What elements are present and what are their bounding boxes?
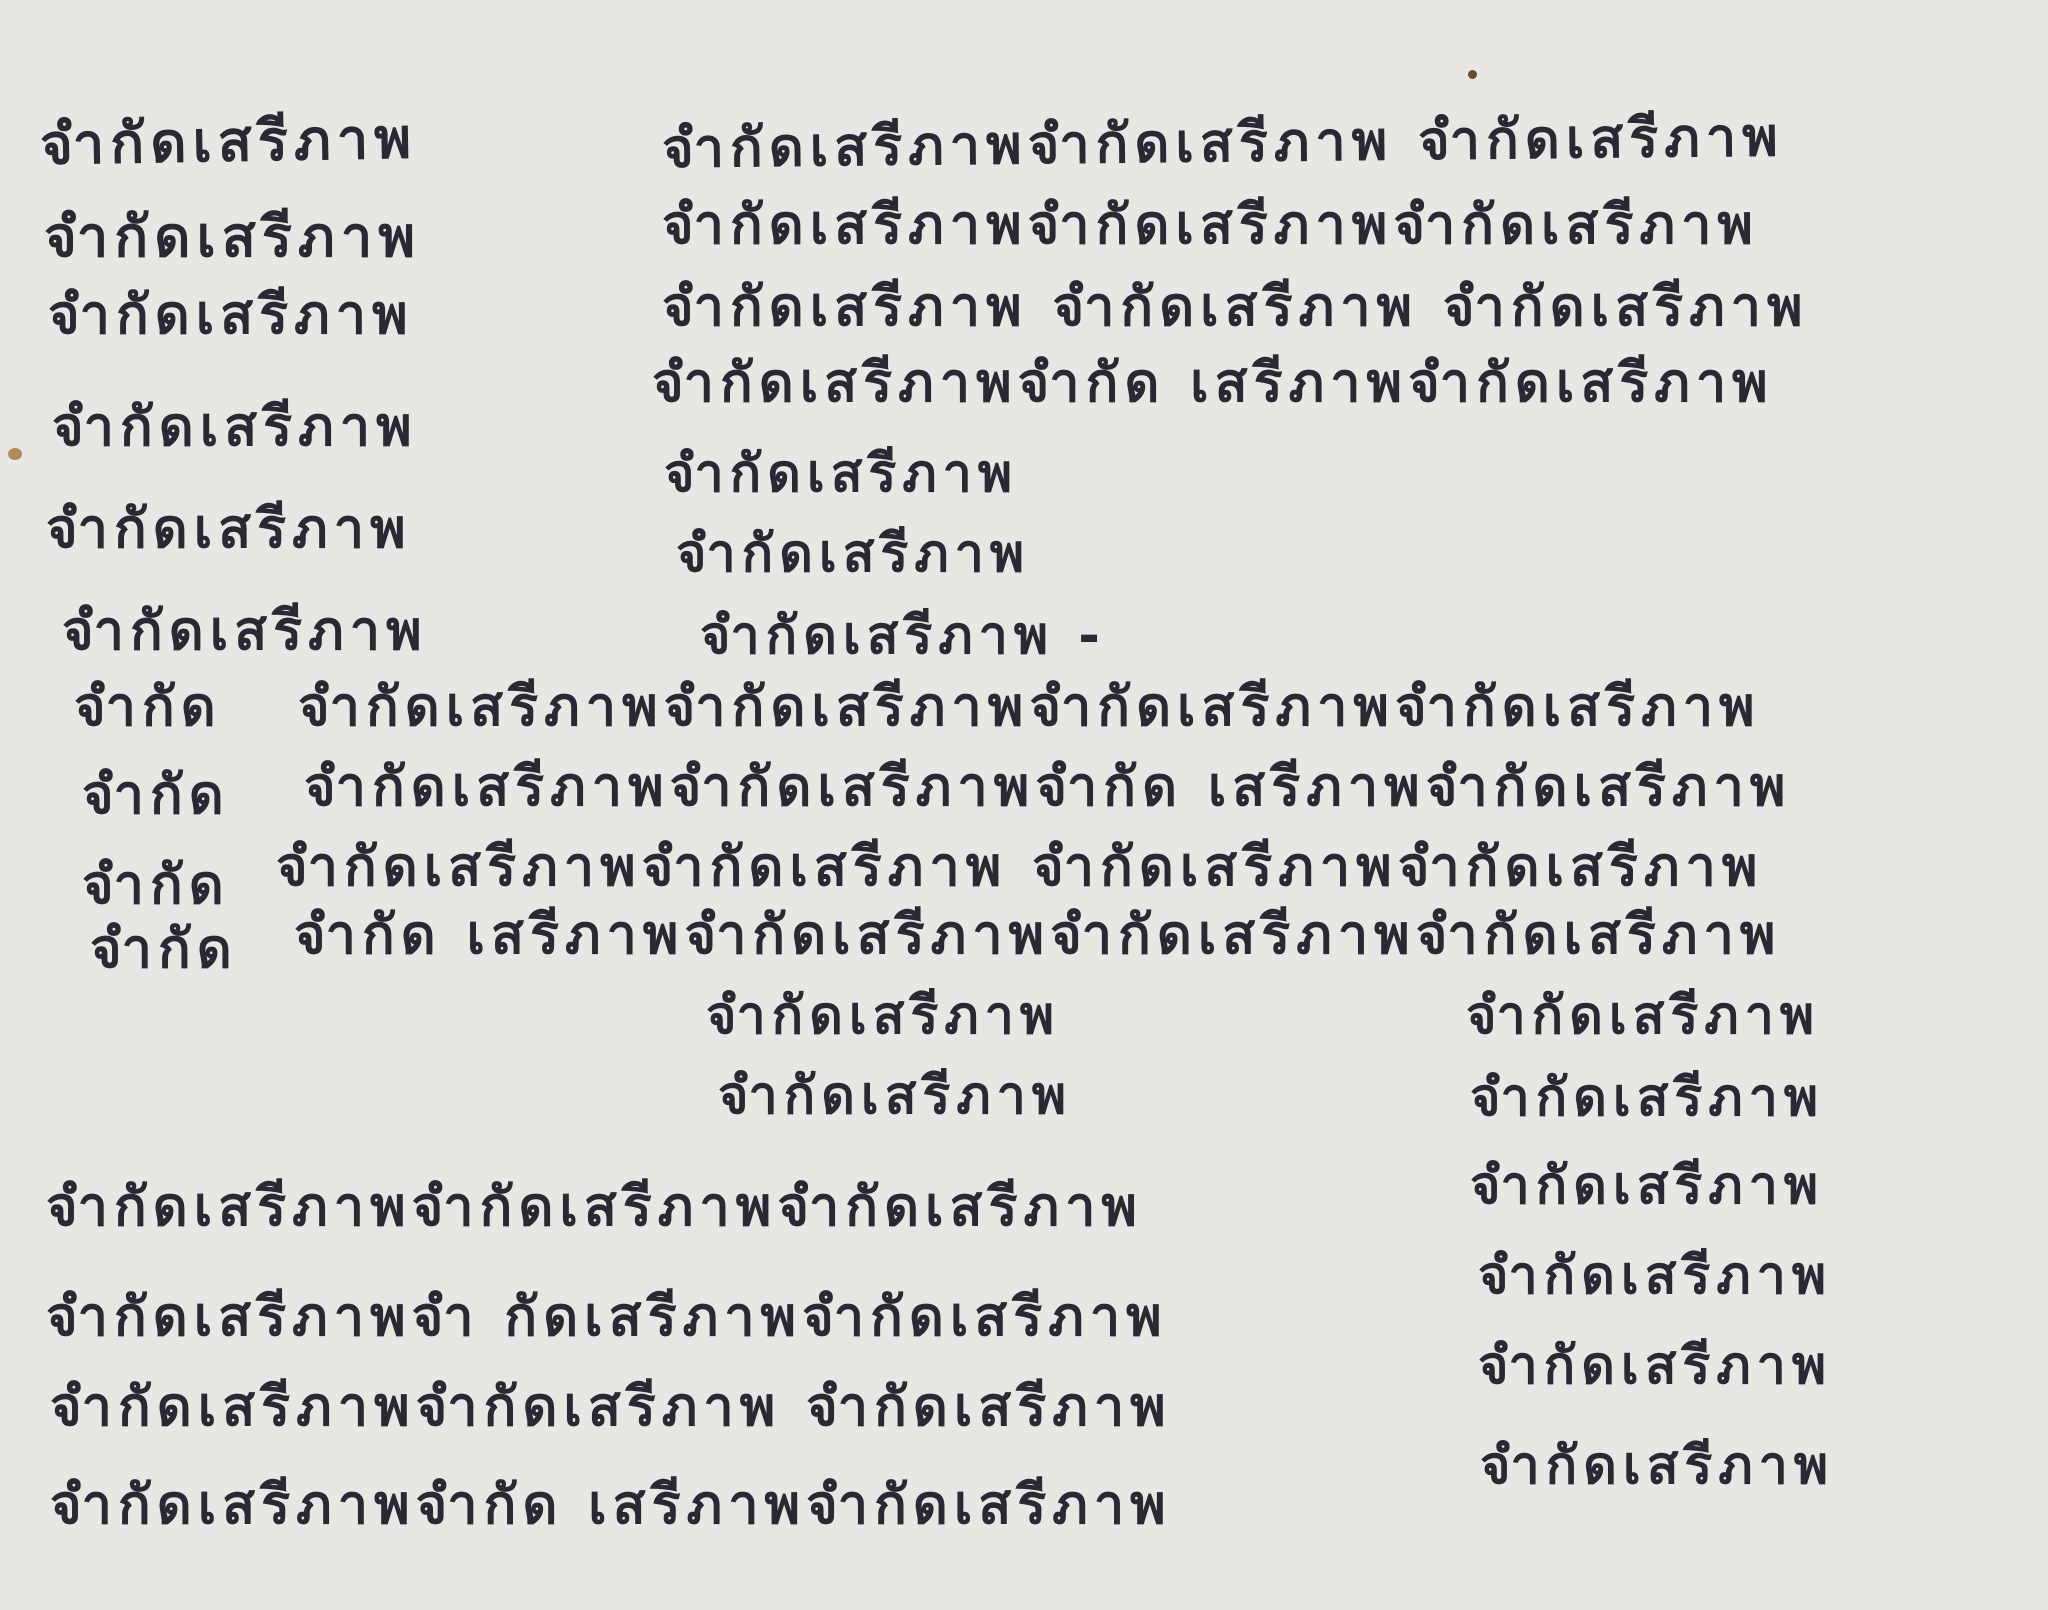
handwritten-line: จำกัด: [74, 680, 222, 734]
handwritten-line: จำกัดเสรีภาพจำกัดเสรีภาพ จำกัดเสรีภาพจำก…: [276, 840, 1763, 894]
handwritten-line: จำกัดเสรีภาพ: [718, 1070, 1072, 1122]
handwritten-line: จำกัดเสรีภาพจำกัดเสรีภาพจำกัดเสรีภาพจำกั…: [298, 680, 1761, 734]
handwritten-line: จำกัดเสรีภาพ: [44, 210, 421, 266]
handwritten-line: จำกัดเสรีภาพจำกัดเสรีภาพจำกัดเสรีภาพ: [46, 1180, 1143, 1234]
handwritten-line: จำกัดเสรีภาพ: [1480, 1440, 1834, 1492]
handwritten-line: จำกัด: [82, 858, 230, 912]
handwritten-line: จำกัดเสรีภาพ -: [700, 610, 1106, 662]
handwritten-line: จำกัดเสรีภาพจำกัดเสรีภาพ จำกัดเสรีภาพ: [662, 110, 1784, 176]
handwritten-line: จำกัดเสรีภาพ: [706, 990, 1060, 1042]
handwritten-line: จำกัดเสรีภาพ จำกัดเสรีภาพ จำกัดเสรีภาพ: [662, 280, 1809, 334]
handwritten-line: จำกัดเสรีภาพ: [46, 502, 412, 556]
handwritten-line: จำกัดเสรีภาพ: [48, 288, 414, 342]
handwritten-line: จำกัดเสรีภาพจำกัดเสรีภาพ จำกัดเสรีภาพ: [50, 1380, 1172, 1434]
handwritten-line: จำกัดเสรีภาพ: [676, 528, 1030, 580]
handwritten-line: จำกัดเสรีภาพจำกัดเสรีภาพจำกัด เสรีภาพจำก…: [304, 760, 1791, 814]
handwritten-line: จำกัด: [82, 768, 230, 822]
handwritten-line: จำกัดเสรีภาพจำกัด เสรีภาพจำกัดเสรีภาพ: [652, 356, 1774, 410]
paper-stain: [8, 448, 22, 460]
handwritten-line: จำกัดเสรีภาพ: [664, 448, 1018, 500]
paper-dot: [1468, 70, 1477, 79]
handwritten-line: จำกัดเสรีภาพจำกัดเสรีภาพจำกัดเสรีภาพ: [662, 198, 1759, 252]
handwritten-line: จำกัดเสรีภาพ: [1470, 1072, 1824, 1124]
handwritten-line: จำกัด เสรีภาพจำกัดเสรีภาพจำกัดเสรีภาพจำก…: [294, 908, 1781, 962]
handwritten-line: จำกัดเสรีภาพ: [62, 604, 428, 658]
handwritten-line: จำกัด: [90, 922, 238, 976]
handwritten-line: จำกัดเสรีภาพ: [40, 111, 418, 174]
handwritten-line: จำกัดเสรีภาพ: [1470, 1160, 1824, 1212]
handwritten-line: จำกัดเสรีภาพจำ กัดเสรีภาพจำกัดเสรีภาพ: [46, 1290, 1168, 1344]
handwritten-line: จำกัดเสรีภาพ: [1478, 1250, 1832, 1302]
handwritten-line: จำกัดเสรีภาพจำกัด เสรีภาพจำกัดเสรีภาพ: [50, 1478, 1172, 1532]
handwritten-line: จำกัดเสรีภาพ: [52, 400, 418, 454]
handwritten-line: จำกัดเสรีภาพ: [1466, 990, 1820, 1042]
handwritten-line: จำกัดเสรีภาพ: [1478, 1340, 1832, 1392]
